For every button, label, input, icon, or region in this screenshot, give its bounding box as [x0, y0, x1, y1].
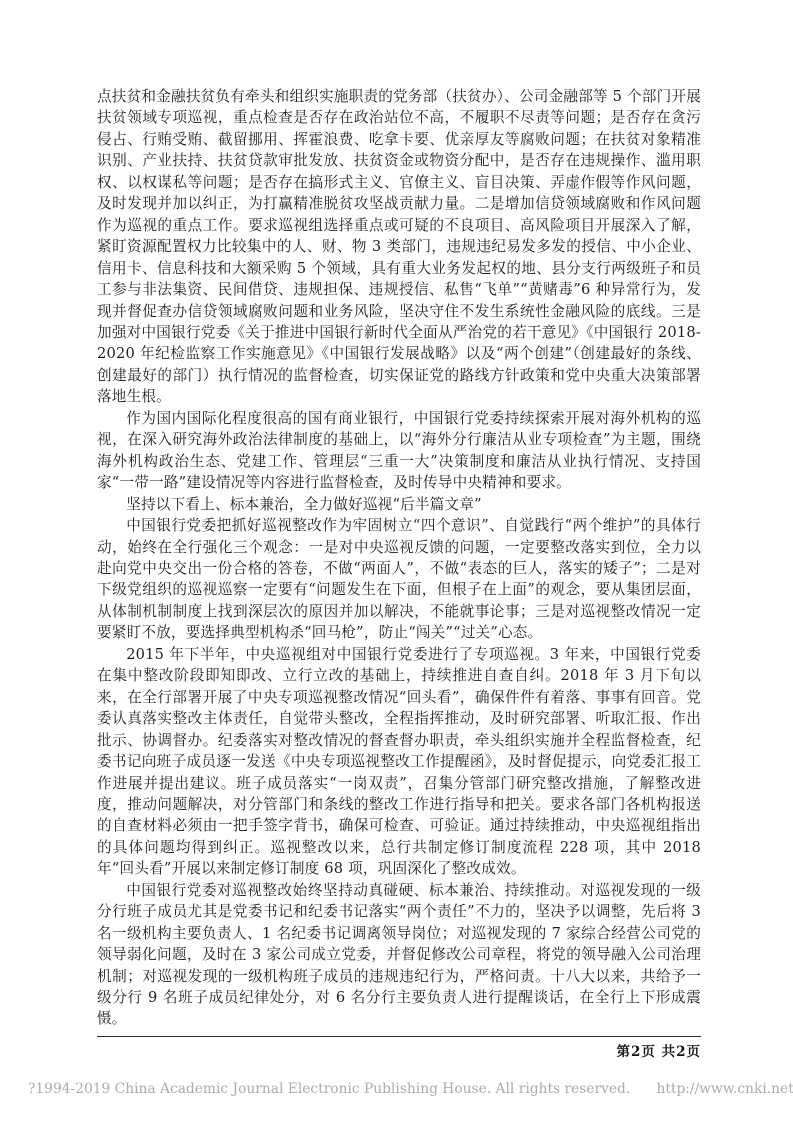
page-number: 第2页 共2页	[97, 1040, 701, 1060]
copyright-bar: ?1994-2019 China Academic Journal Electr…	[28, 1081, 768, 1097]
paragraph-section-heading: 坚持以下看上、标本兼治，全力做好巡视“后半篇文章”	[97, 494, 701, 515]
paragraph-three-concepts: 中国银行党委把抓好巡视整改作为牢固树立“四个意识”、自觉践行“两个维护”的具体行…	[97, 515, 701, 644]
footer-divider	[97, 1036, 701, 1037]
copyright-text: ?1994-2019 China Academic Journal Electr…	[28, 1081, 630, 1097]
paragraph-accountability: 中国银行党委对巡视整改始终坚持动真碰硬、标本兼治、持续推动。对巡视发现的一级分行…	[97, 880, 701, 1030]
paragraph-continuation: 点扶贫和金融扶贫负有牵头和组织实施职责的党务部（扶贫办）、公司金融部等 5 个部…	[97, 86, 701, 408]
paragraph-rectification-progress: 2015 年下半年，中央巡视组对中国银行党委进行了专项巡视。3 年来，中国银行党…	[97, 644, 701, 880]
document-body: 点扶贫和金融扶贫负有牵头和组织实施职责的党务部（扶贫办）、公司金融部等 5 个部…	[97, 86, 701, 1030]
document-page: 点扶贫和金融扶贫负有牵头和组织实施职责的党务部（扶贫办）、公司金融部等 5 个部…	[0, 0, 793, 1122]
paragraph-overseas-inspection: 作为国内国际化程度很高的国有商业银行，中国银行党委持续探索开展对海外机构的巡视，…	[97, 408, 701, 494]
cnki-url: http://www.cnki.net	[656, 1081, 793, 1097]
